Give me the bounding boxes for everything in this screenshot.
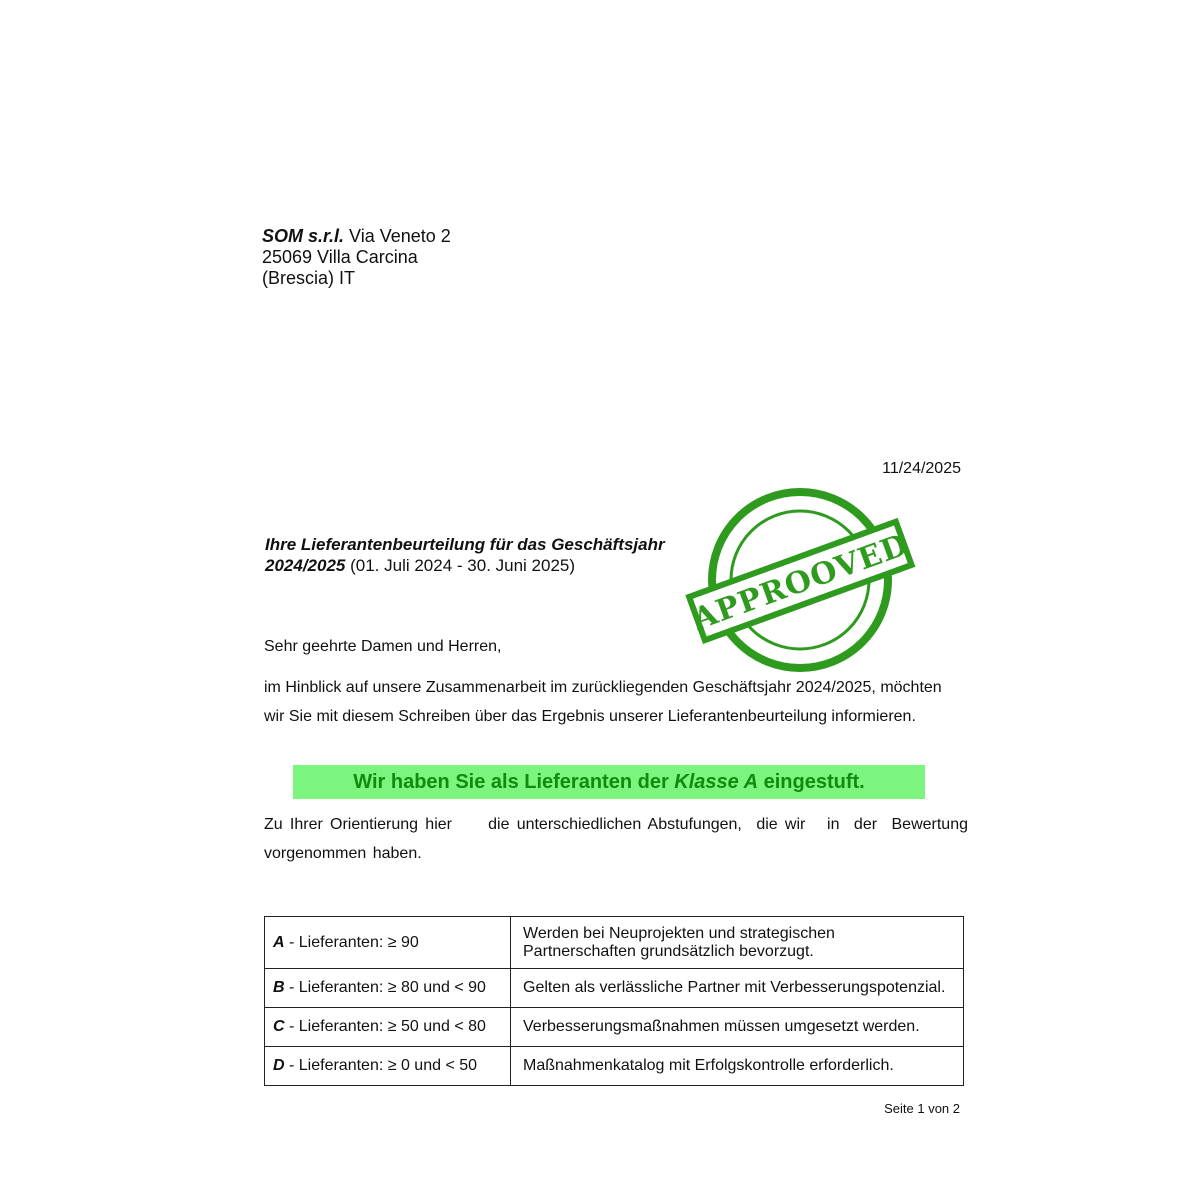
intro-paragraph-text: im Hinblick auf unsere Zusammenarbeit im… xyxy=(264,679,942,725)
description-line: Werden bei Neuprojekten und strategische… xyxy=(523,925,955,943)
letter-date: 11/24/2025 xyxy=(882,459,961,479)
grade-range: - Lieferanten: ≥ 90 xyxy=(285,934,419,951)
salutation: Sehr geehrte Damen und Herren, xyxy=(264,637,501,657)
grade-cell: C - Lieferanten: ≥ 50 und < 80 xyxy=(265,1008,511,1047)
table-row: A - Lieferanten: ≥ 90 Werden bei Neuproj… xyxy=(265,917,964,969)
grade-range: - Lieferanten: ≥ 50 und < 80 xyxy=(285,1018,486,1035)
letter-subject: Ihre Lieferantenbeurteilung für das Gesc… xyxy=(265,534,665,576)
subject-line-2: 2024/2025 (01. Juli 2024 - 30. Juni 2025… xyxy=(265,555,665,576)
description-cell: Verbesserungsmaßnahmen müssen umgesetzt … xyxy=(511,1008,964,1047)
subject-line-1: Ihre Lieferantenbeurteilung für das Gesc… xyxy=(265,534,665,555)
grade-cell: B - Lieferanten: ≥ 80 und < 90 xyxy=(265,969,511,1008)
banner-text-before: Wir haben Sie als Lieferanten der xyxy=(353,771,674,793)
sender-region-country: (Brescia) IT xyxy=(262,268,451,289)
orientation-paragraph: Zu Ihrer Orientierung hier die unterschi… xyxy=(264,810,968,868)
description-line: Verbesserungsmaßnahmen müssen umgesetzt … xyxy=(523,1018,920,1035)
stamp-label: APPROOVED xyxy=(688,527,914,638)
grade-cell: D - Lieferanten: ≥ 0 und < 50 xyxy=(265,1047,511,1086)
subject-year: 2024/2025 xyxy=(265,556,345,575)
description-line: Partnerschaften grundsätzlich bevorzugt. xyxy=(523,943,955,961)
intro-paragraph: im Hinblick auf unsere Zusammenarbeit im… xyxy=(264,673,964,731)
description-cell: Gelten als verlässliche Partner mit Verb… xyxy=(511,969,964,1008)
grade-cell: A - Lieferanten: ≥ 90 xyxy=(265,917,511,969)
sender-address: SOM s.r.l. Via Veneto 2 25069 Villa Carc… xyxy=(262,226,451,289)
classification-table: A - Lieferanten: ≥ 90 Werden bei Neuproj… xyxy=(264,916,964,1086)
grade-letter: D xyxy=(273,1057,285,1074)
sender-company: SOM s.r.l. xyxy=(262,226,344,246)
grade-letter: C xyxy=(273,1018,285,1035)
description-line: Gelten als verlässliche Partner mit Verb… xyxy=(523,979,945,996)
grade-range: - Lieferanten: ≥ 0 und < 50 xyxy=(285,1057,477,1074)
orientation-paragraph-text: Zu Ihrer Orientierung hier die unterschi… xyxy=(264,816,974,862)
banner-class-emphasis: Klasse A xyxy=(674,771,758,793)
description-cell: Maßnahmenkatalog mit Erfolgskontrolle er… xyxy=(511,1047,964,1086)
classification-banner: Wir haben Sie als Lieferanten der Klasse… xyxy=(293,765,925,799)
stamp-icon: APPROOVED xyxy=(690,486,910,676)
grade-letter: A xyxy=(273,934,285,951)
table-row: C - Lieferanten: ≥ 50 und < 80 Verbesser… xyxy=(265,1008,964,1047)
table-row: D - Lieferanten: ≥ 0 und < 50 Maßnahmenk… xyxy=(265,1047,964,1086)
table-row: B - Lieferanten: ≥ 80 und < 90 Gelten al… xyxy=(265,969,964,1008)
grade-letter: B xyxy=(273,979,285,996)
sender-postal-city: 25069 Villa Carcina xyxy=(262,247,451,268)
description-cell: Werden bei Neuprojekten und strategische… xyxy=(511,917,964,969)
sender-street: Via Veneto 2 xyxy=(349,226,451,246)
sender-line-1: SOM s.r.l. Via Veneto 2 xyxy=(262,226,451,247)
banner-text-after: eingestuft. xyxy=(758,771,865,793)
description-line: Maßnahmenkatalog mit Erfolgskontrolle er… xyxy=(523,1057,894,1074)
approved-stamp: APPROOVED xyxy=(690,486,910,676)
subject-period: (01. Juli 2024 - 30. Juni 2025) xyxy=(350,556,575,575)
page-number: Seite 1 von 2 xyxy=(884,1101,960,1117)
grade-range: - Lieferanten: ≥ 80 und < 90 xyxy=(285,979,486,996)
